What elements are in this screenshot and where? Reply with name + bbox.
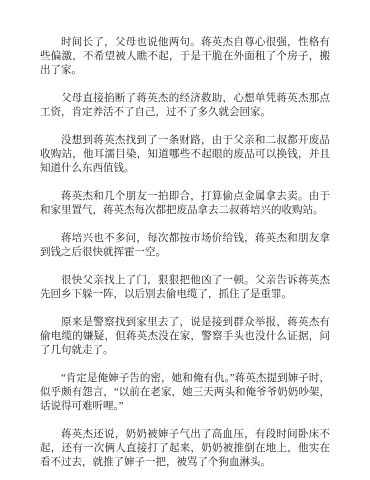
paragraph: 很快父亲找上了门，狠狠把他凶了一顿。父亲告诉蒋英杰先回乡下躲一阵，以后别去偷电缆… xyxy=(40,274,330,302)
paragraph: 蒋英杰和几个朋友一拍即合，打算偷点金属拿去卖。由于和家里置气，蒋英杰每次都把废品… xyxy=(40,190,330,218)
document-page: 时间长了，父母也说他两句。蒋英杰自尊心很强，性格有些偏激，不希望被人瞧不起，于是… xyxy=(0,0,370,480)
paragraph: “肯定是俺婶子告的密，她和俺有仇。”蒋英杰提到婶子时，似乎颇有怨言，“以前在老家… xyxy=(40,372,330,414)
paragraph: 原来是警察找到家里去了，说是接到群众举报，蒋英杰有偷电缆的嫌疑，但蒋英杰没在家，… xyxy=(40,316,330,358)
paragraph: 时间长了，父母也说他两句。蒋英杰自尊心很强，性格有些偏激，不希望被人瞧不起，于是… xyxy=(40,36,330,78)
paragraph: 蒋英杰还说，奶奶被婶子气出了高血压，有段时间卧床不起，还有一次俩人直接打了起来，… xyxy=(40,428,330,470)
paragraph: 没想到蒋英杰找到了一条财路，由于父亲和二叔都开废品收购站，他耳濡目染，知道哪些不… xyxy=(40,134,330,176)
paragraph: 父母直接掐断了蒋英杰的经济救助，心想单凭蒋英杰那点工资，肯定养活不了自己，过不了… xyxy=(40,92,330,120)
paragraph: 蒋培兴也不多问，每次都按市场价给钱，蒋英杰和朋友拿到钱之后很快就挥霍一空。 xyxy=(40,232,330,260)
